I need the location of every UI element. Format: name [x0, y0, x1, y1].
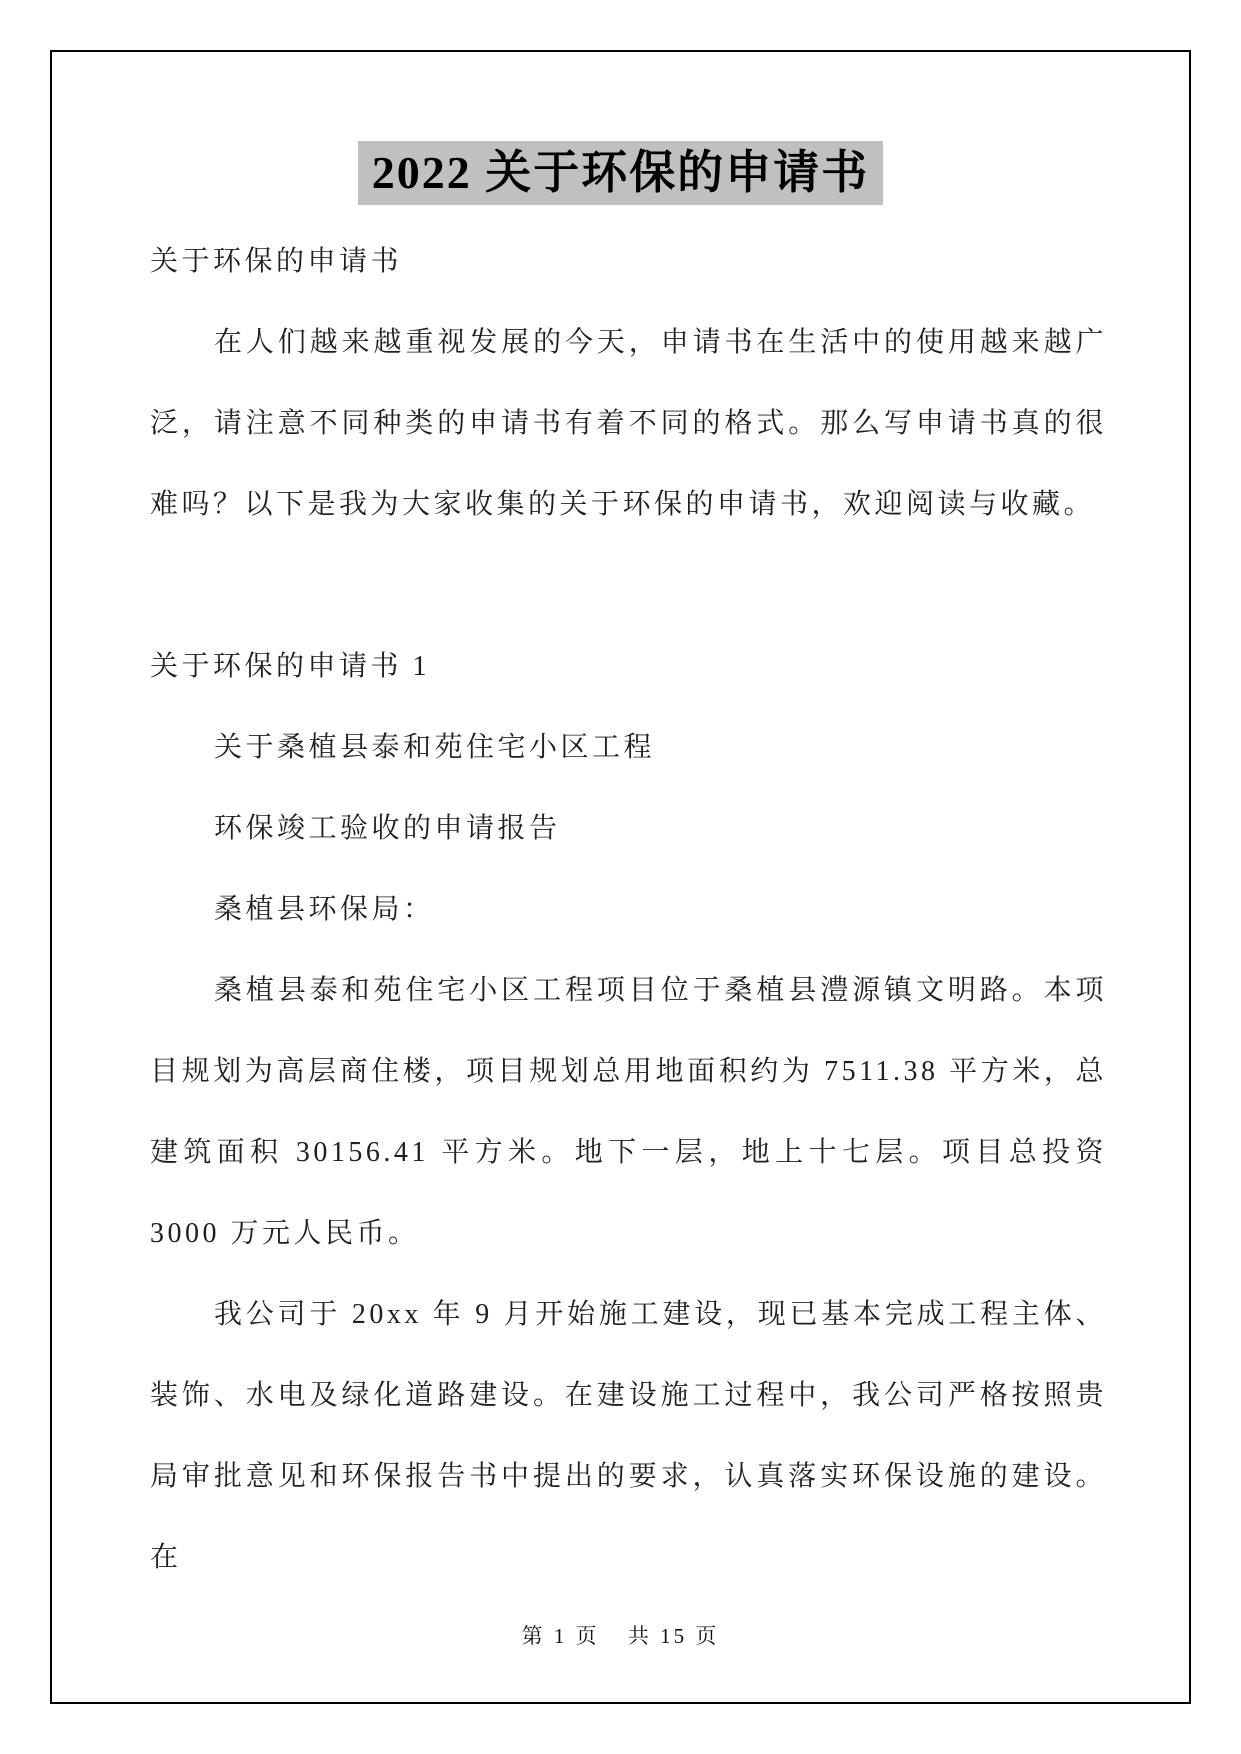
- paragraph: 我公司于 20xx 年 9 月开始施工建设，现已基本完成工程主体、装饰、水电及绿…: [150, 1274, 1107, 1598]
- document-page: { "title": { "text": "2022 关于环保的申请书", "h…: [0, 0, 1241, 1754]
- document-body: 关于环保的申请书 在人们越来越重视发展的今天，申请书在生活中的使用越来越广泛，请…: [150, 221, 1107, 1598]
- paragraph: 关于环保的申请书: [150, 221, 1107, 302]
- paragraph: 桑植县环保局：: [150, 869, 1107, 950]
- paragraph: 环保竣工验收的申请报告: [150, 788, 1107, 869]
- paragraph: 关于环保的申请书 1: [150, 626, 1107, 707]
- document-title-text: 2022 关于环保的申请书: [358, 141, 884, 205]
- paragraph: 关于桑植县泰和苑住宅小区工程: [150, 707, 1107, 788]
- page-number: 第 1 页: [522, 1624, 600, 1648]
- page-footer: 第 1 页 共 15 页: [0, 1620, 1241, 1650]
- total-pages: 共 15 页: [628, 1624, 720, 1648]
- paragraph: 在人们越来越重视发展的今天，申请书在生活中的使用越来越广泛，请注意不同种类的申请…: [150, 302, 1107, 545]
- paragraph: 桑植县泰和苑住宅小区工程项目位于桑植县澧源镇文明路。本项目规划为高层商住楼，项目…: [150, 950, 1107, 1274]
- document-title: 2022 关于环保的申请书: [0, 141, 1241, 205]
